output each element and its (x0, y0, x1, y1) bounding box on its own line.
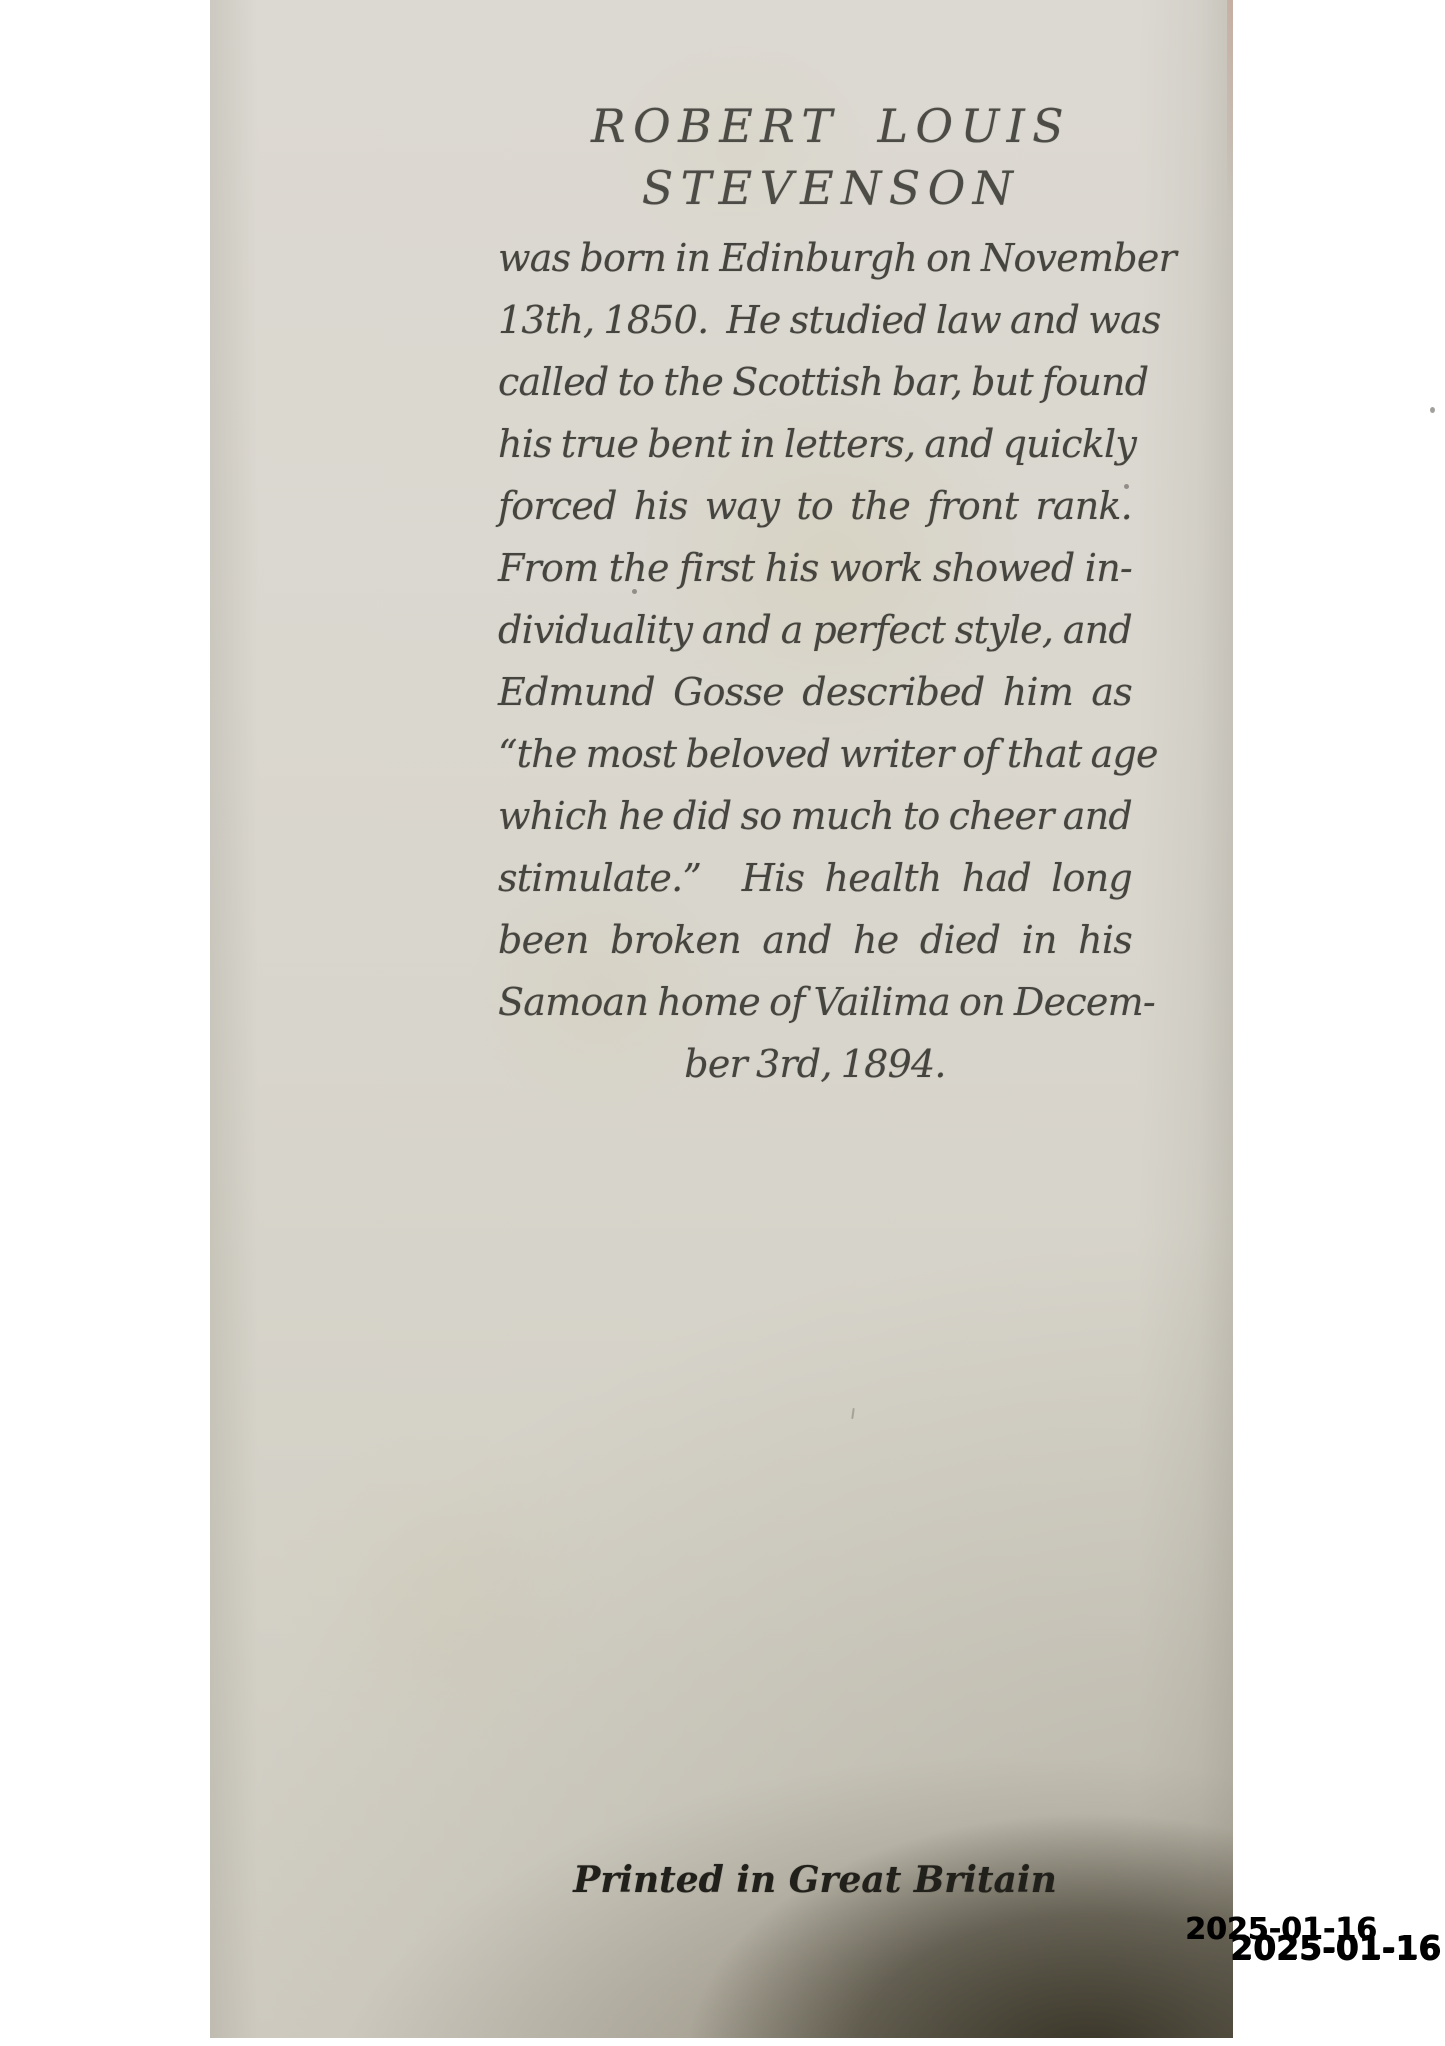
body-line: which he did so much to cheer and (498, 785, 1132, 847)
body-line: Edmund Gosse described him as (498, 661, 1132, 723)
title-line-1: ROBERT LOUIS (514, 95, 1148, 157)
body-line: called to the Scottish bar, but found (498, 351, 1132, 413)
date-stamp-2: 2025-01-16 (1230, 1931, 1441, 1964)
body-line: forced his way to the front rank. (498, 475, 1132, 537)
body-line-last: ber 3rd, 1894. (498, 1033, 1132, 1095)
body-line: From the first his work showed in- (498, 537, 1132, 599)
body-line: 13th, 1850. He studied law and was (498, 289, 1132, 351)
body-line: his true bent in letters, and quickly (498, 413, 1132, 475)
body-line: stimulate.” His health had long (498, 847, 1132, 909)
body-line: “the most beloved writer of that age (498, 723, 1132, 785)
page-title: ROBERT LOUIS STEVENSON (514, 95, 1148, 219)
ink-speck (1430, 407, 1435, 413)
body-line: dividuality and a perfect style, and (498, 599, 1132, 661)
screenshot-canvas: ROBERT LOUIS STEVENSON was born in Edinb… (0, 0, 1445, 2046)
page-edge-tint (1227, 0, 1233, 220)
body-line: Samoan home of Vailima on Decem- (498, 971, 1132, 1033)
paper-stain (270, 1420, 610, 1760)
paper-scratch (851, 1408, 855, 1419)
printer-imprint: Printed in Great Britain (498, 1858, 1132, 1902)
body-line: been broken and he died in his (498, 909, 1132, 971)
biography-paragraph: was born in Edinburgh on November 13th, … (498, 227, 1132, 1095)
body-line: was born in Edinburgh on November (498, 227, 1132, 289)
title-line-2: STEVENSON (514, 157, 1148, 219)
